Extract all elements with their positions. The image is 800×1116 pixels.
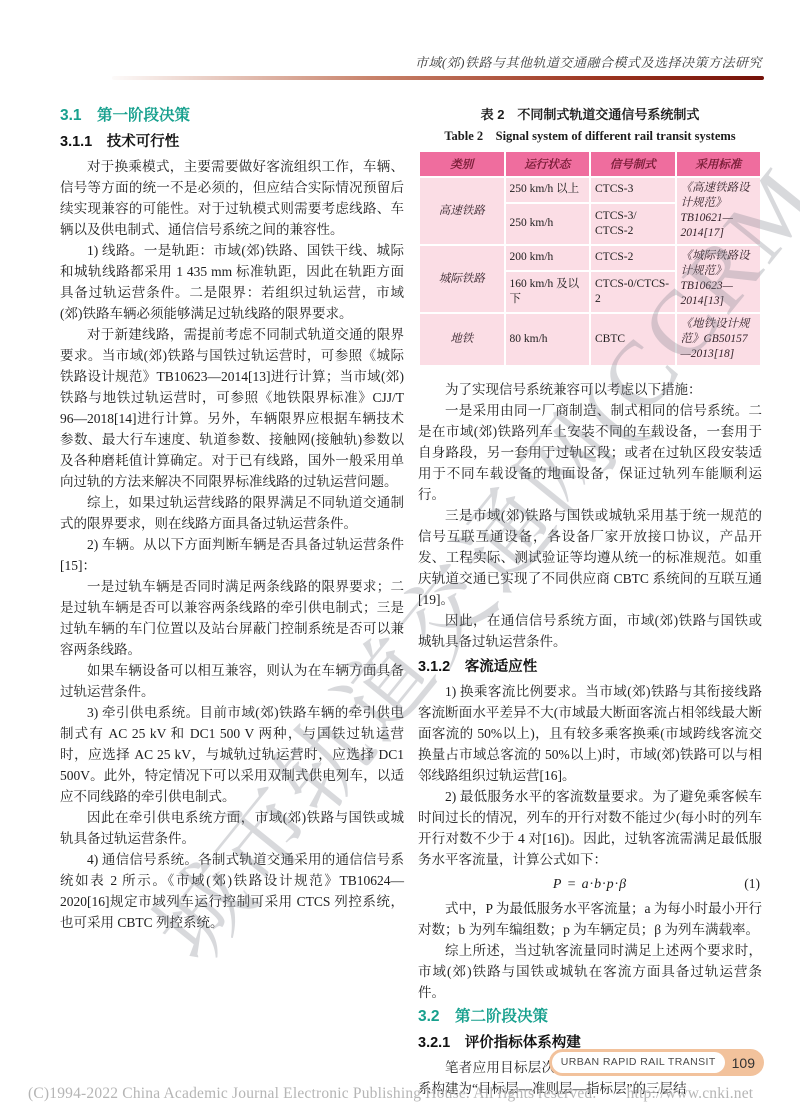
- paragraph: 因此在牵引供电系统方面，市域(郊)铁路与国铁或城轨具备过轨运营条件。: [60, 807, 404, 849]
- subsection-heading-3-1-1: 3.1.1 技术可行性: [60, 130, 404, 151]
- table-header-cell: 信号制式: [590, 151, 676, 177]
- table-row: 城际铁路 200 km/h CTCS-2 《城际铁路设计规范》TB10623—2…: [419, 245, 761, 271]
- table-cell-status: 160 km/h 及以下: [505, 271, 591, 313]
- paragraph: 三是市域(郊)铁路与国铁或城轨采用基于统一规范的信号互联互通设备，各设备厂家开放…: [418, 505, 762, 610]
- table-header-row: 类别 运行状态 信号制式 采用标准: [419, 151, 761, 177]
- page-number: 109: [725, 1055, 764, 1071]
- paragraph: 1) 换乘客流比例要求。当市域(郊)铁路与其衔接线路客流断面水平差异不大(市域最…: [418, 681, 762, 786]
- journal-badge-label: URBAN RAPID RAIL TRANSIT: [552, 1052, 725, 1073]
- table-caption-zh: 表 2 不同制式轨道交通信号系统制式: [418, 104, 762, 123]
- paragraph: 如果车辆设备可以相互兼容，则认为在车辆方面具备过轨运营条件。: [60, 660, 404, 702]
- formula-text: P = a·b·p·β: [553, 877, 627, 892]
- table-cell-category: 地铁: [419, 313, 505, 366]
- paragraph: 综上，如果过轨运营线路的限界满足不同轨道交通制式的限界要求，则在线路方面具备过轨…: [60, 492, 404, 534]
- table-header-cell: 运行状态: [505, 151, 591, 177]
- paragraph: 1) 线路。一是轨距：市域(郊)铁路、国铁干线、城际和城轨线路都采用 1 435…: [60, 240, 404, 324]
- table-row: 高速铁路 250 km/h 以上 CTCS-3 《高速铁路设计规范》TB1062…: [419, 177, 761, 203]
- signal-system-table: 类别 运行状态 信号制式 采用标准 高速铁路 250 km/h 以上 CTCS-…: [418, 150, 762, 367]
- table-cell-category: 高速铁路: [419, 177, 505, 245]
- right-column: 表 2 不同制式轨道交通信号系统制式 Table 2 Signal system…: [418, 102, 762, 1099]
- table-cell-standard: 《高速铁路设计规范》TB10621—2014[17]: [676, 177, 762, 245]
- paragraph: 4) 通信信号系统。各制式轨道交通采用的通信信号系统如表 2 所示。《市域(郊)…: [60, 849, 404, 933]
- table-cell-status: 80 km/h: [505, 313, 591, 366]
- table-cell-standard: 《地铁设计规范》GB50157—2013[18]: [676, 313, 762, 366]
- paragraph: 2) 车辆。从以下方面判断车辆是否具备过轨运营条件[15]：: [60, 534, 404, 576]
- table-cell-signal: CTCS-0/CTCS-2: [590, 271, 676, 313]
- table-cell-signal: CTCS-3: [590, 177, 676, 203]
- content-columns: 3.1 第一阶段决策 3.1.1 技术可行性 对于换乘模式，主要需要做好客流组织…: [60, 102, 762, 1099]
- section-heading-3-2: 3.2 第二阶段决策: [418, 1004, 762, 1026]
- paragraph: 3) 牵引供电系统。目前市域(郊)铁路车辆的牵引供电制式有 AC 25 kV 和…: [60, 702, 404, 807]
- table-cell-status: 250 km/h 以上: [505, 177, 591, 203]
- table-caption-en: Table 2 Signal system of different rail …: [418, 126, 762, 144]
- paragraph: 2) 最低服务水平的客流数量要求。为了避免乘客候车时间过长的情况，列车的开行对数…: [418, 786, 762, 870]
- table-cell-category: 城际铁路: [419, 245, 505, 313]
- journal-badge: URBAN RAPID RAIL TRANSIT 109: [549, 1049, 764, 1076]
- table-header-cell: 类别: [419, 151, 505, 177]
- table-cell-status: 200 km/h: [505, 245, 591, 271]
- table-header-cell: 采用标准: [676, 151, 762, 177]
- paragraph: 综上所述，当过轨客流量同时满足上述两个要求时，市域(郊)铁路与国铁或城轨在客流方…: [418, 940, 762, 1003]
- running-head: 市域(郊)铁路与其他轨道交通融合模式及选择决策方法研究: [415, 52, 762, 71]
- table-cell-standard: 《城际铁路设计规范》TB10623—2014[13]: [676, 245, 762, 313]
- cnki-url: http://www.cnki.net: [627, 1085, 754, 1102]
- page: 市域(郊)铁路与其他轨道交通融合模式及选择决策方法研究 3.1 第一阶段决策 3…: [0, 0, 800, 1116]
- section-heading-3-1: 3.1 第一阶段决策: [60, 103, 404, 125]
- header-rule: [112, 76, 764, 80]
- paragraph: 对于换乘模式，主要需要做好客流组织工作，车辆、信号等方面的统一不是必须的，但应结…: [60, 156, 404, 240]
- paragraph: 因此，在通信信号系统方面，市域(郊)铁路与国铁或城轨具备过轨运营条件。: [418, 610, 762, 652]
- paragraph: 对于新建线路，需提前考虑不同制式轨道交通的限界要求。当市域(郊)铁路与国铁过轨运…: [60, 324, 404, 492]
- subsection-heading-3-1-2: 3.1.2 客流适应性: [418, 655, 762, 676]
- paragraph: 一是采用由同一厂商制造、制式相同的信号系统。二是在市域(郊)铁路列车上安装不同的…: [418, 400, 762, 505]
- paragraph: 式中，P 为最低服务水平客流量；a 为每小时最小开行对数；b 为列车编组数；p …: [418, 898, 762, 940]
- formula-number: (1): [744, 872, 760, 896]
- left-column: 3.1 第一阶段决策 3.1.1 技术可行性 对于换乘模式，主要需要做好客流组织…: [60, 102, 404, 1099]
- copyright-line: (C)1994-2022 China Academic Journal Elec…: [28, 1085, 753, 1103]
- table-cell-signal: CBTC: [590, 313, 676, 366]
- table-cell-status: 250 km/h: [505, 203, 591, 245]
- paragraph: 一是过轨车辆是否同时满足两条线路的限界要求；二是过轨车辆是否可以兼容两条线路的牵…: [60, 576, 404, 660]
- table-cell-signal: CTCS-2: [590, 245, 676, 271]
- equation-1: P = a·b·p·β (1): [418, 872, 762, 896]
- paragraph: 为了实现信号系统兼容可以考虑以下措施：: [418, 379, 762, 400]
- table-row: 地铁 80 km/h CBTC 《地铁设计规范》GB50157—2013[18]: [419, 313, 761, 366]
- copyright-text: (C)1994-2022 China Academic Journal Elec…: [28, 1085, 596, 1102]
- table-cell-signal: CTCS-3/ CTCS-2: [590, 203, 676, 245]
